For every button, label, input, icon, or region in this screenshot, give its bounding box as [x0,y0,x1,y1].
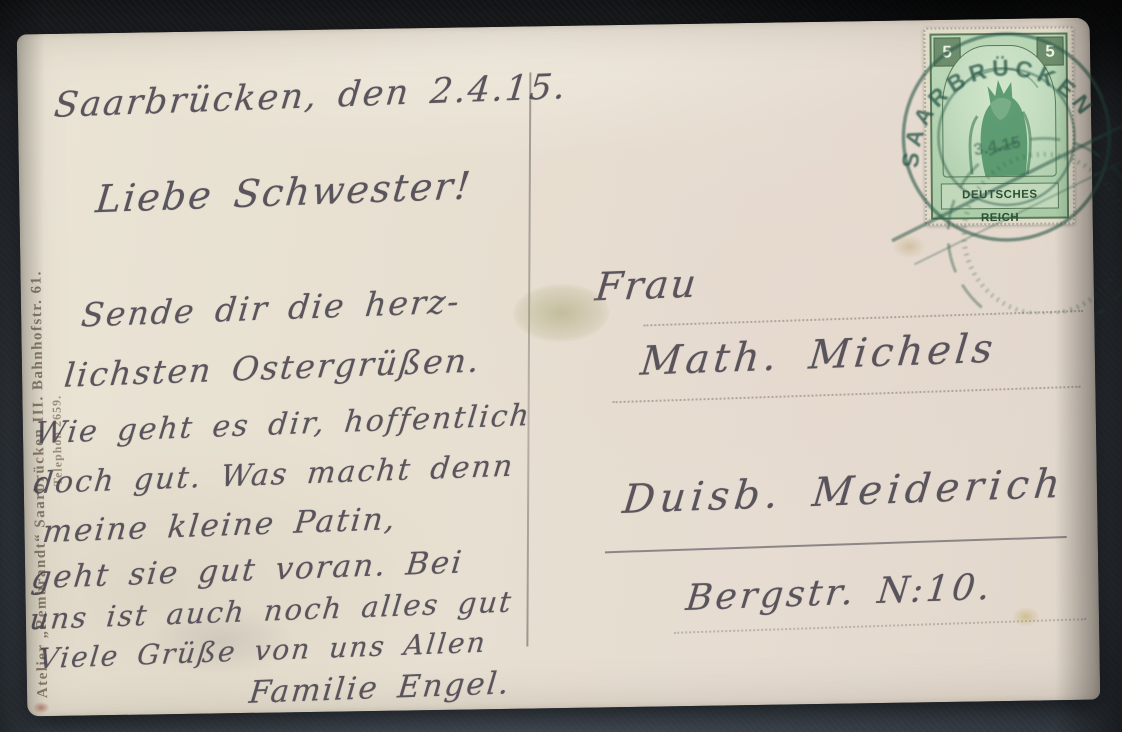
address-recipient-title: Frau [593,262,700,311]
address-city-underline [605,536,1067,553]
address-city: Duisb. Meiderich [620,461,1067,523]
corner-mark [33,702,49,713]
paper-stain [1012,606,1040,626]
germania-figure-vignette [942,45,1057,178]
address-dotted-line [643,310,1083,327]
photo-scene: Atelier „Rembrandt“ Saarbrücken III. Bah… [0,0,1122,732]
message-dateline: Saarbrücken, den 2.4.15. [52,67,569,126]
paper-stain [892,234,926,259]
postage-stamp: 5 5 DEUTSCHES REICH [923,26,1075,225]
telephone-imprint: Telephon 2659. [48,326,66,486]
message-line: Sende dir die herz- [79,282,462,335]
message-salutation: Liebe Schwester! [94,163,475,221]
message-line: meine kleine Patin, [41,501,399,550]
postcard-back: Atelier „Rembrandt“ Saarbrücken III. Bah… [17,18,1101,717]
message-signature: Familie Engel. [247,665,512,711]
stamp-frame: 5 5 DEUTSCHES REICH [929,32,1069,219]
stamp-country-label: DEUTSCHES REICH [941,183,1059,210]
divider-line [526,72,531,646]
message-line: Wie geht es dir, hoffentlich [33,398,532,451]
address-dotted-line [674,618,1086,634]
address-street: Bergstr. N:10. [684,567,995,619]
address-recipient-name: Math. Michels [638,326,999,385]
message-line: lichsten Ostergrüßen. [62,340,482,394]
message-line: doch gut. Was macht denn [32,449,516,502]
address-dotted-line [613,386,1081,404]
germania-figure [943,46,1056,177]
